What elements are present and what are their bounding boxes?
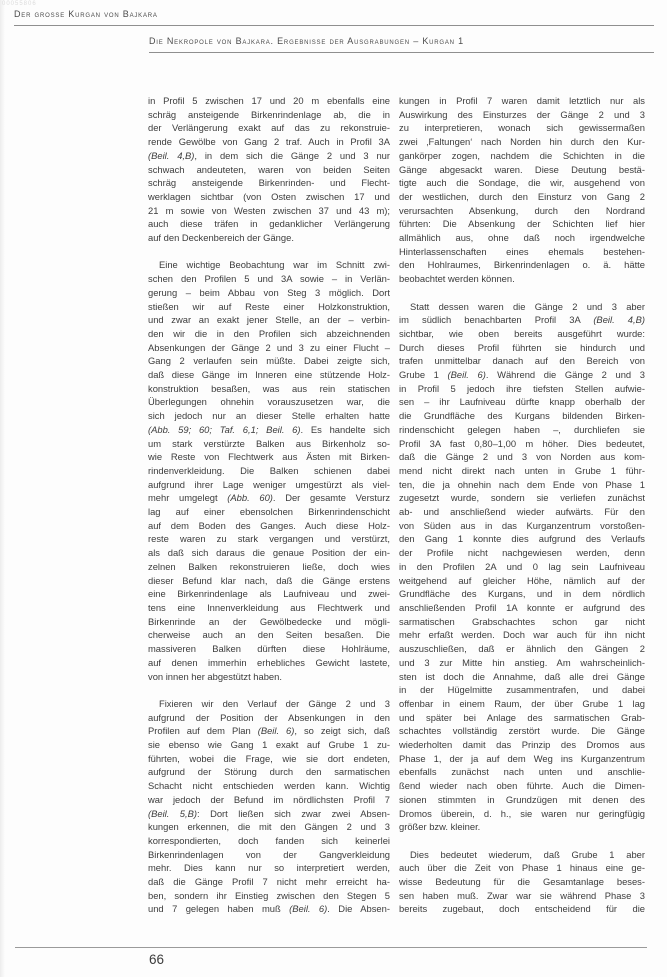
- footer-rule: [15, 947, 647, 948]
- text-line: in Profil 5 zwischen 17 und 20 m ebenfal…: [148, 94, 390, 108]
- text-line: und später bei Anlage des sarmatischen G…: [399, 711, 645, 725]
- column-left: in Profil 5 zwischen 17 und 20 m ebenfal…: [148, 94, 390, 916]
- text-line: trafen unmittelbar danach auf den Bereic…: [399, 354, 645, 368]
- text-line: Profilen auf dem Plan (Beil. 6), so zeig…: [148, 724, 390, 738]
- paragraph: Eine wichtige Beobachtung war im Schnitt…: [148, 258, 390, 683]
- text-line: ab- und anschließend wieder aufwärts. Fü…: [399, 505, 645, 519]
- text-line: sich jedoch nur an dieser Stelle erhalte…: [148, 409, 390, 423]
- page: 00055806 Der grosse Kurgan von Bajkara D…: [0, 0, 667, 977]
- text-line: massiveren Balken dürften diese Hohlräum…: [148, 642, 390, 656]
- text-line: auf denen immerhin erhebliches Gewicht l…: [148, 656, 390, 670]
- text-line: allmählich aus, ohne daß noch irgendwelc…: [399, 231, 645, 245]
- text-line: schwach andeuteten, waren von beiden Sei…: [148, 163, 390, 177]
- text-line: war jedoch der Befund im nördlichsten Pr…: [148, 793, 390, 807]
- text-line: den wir die in den Profilen sich abzeich…: [148, 327, 390, 341]
- text-line: mehr umgelegt (Abb. 60). Der gesamte Ver…: [148, 491, 390, 505]
- text-line: konstruktion besaßen, was aus rein stati…: [148, 382, 390, 396]
- text-line: zu interpretieren, wonach sich gewisserm…: [399, 121, 645, 135]
- text-line: gankörper zogen, nachdem die Schichten i…: [399, 149, 645, 163]
- text-line: sen haben muß. Zwar war sie während Phas…: [399, 889, 645, 903]
- scan-corner-number: 00055806: [2, 1, 37, 7]
- text-line: (Beil. 4,B), in dem sich die Gänge 2 und…: [148, 149, 390, 163]
- running-head-chapter-title: Die Nekropole von Bajkara. Ergebnisse de…: [149, 36, 464, 46]
- text-columns: in Profil 5 zwischen 17 und 20 m ebenfal…: [148, 94, 645, 916]
- text-line: daß die Gänge 2 und 3 von Norden aus kom…: [399, 450, 645, 464]
- paragraph: kungen in Profil 7 waren damit letztlich…: [399, 94, 645, 286]
- text-line: bereits zugebaut, doch entscheidend für …: [399, 902, 645, 916]
- text-line: führten, wobei die Frage, wie sie dort e…: [148, 752, 390, 766]
- text-line: ßend wieder nach oben führte. Auch die D…: [399, 779, 645, 793]
- text-line: um stark verstürzte Balken aus Birkenhol…: [148, 437, 390, 451]
- text-line: tigte auch die Sondage, die wir, ausgehe…: [399, 176, 645, 190]
- text-line: werklagen sichtbar (von Osten zwischen 1…: [148, 190, 390, 204]
- text-line: als daß sich daraus die genaue Position …: [148, 546, 390, 560]
- text-line: ten, die ja ohnehin nach dem Ende von Ph…: [399, 478, 645, 492]
- text-line: auf dem Boden des Ganges. Auch diese Hol…: [148, 519, 390, 533]
- text-line: Fixieren wir den Verlauf der Gänge 2 und…: [148, 697, 390, 711]
- text-line: weitgehend auf gleicher Höhe, nämlich au…: [399, 574, 645, 588]
- text-line: sie ebenso wie Gang 1 exakt auf Grube 1 …: [148, 738, 390, 752]
- text-line: rindenverkleidung. Die Balken schienen d…: [148, 464, 390, 478]
- text-line: Gang 2 verlaufen sein müßte. Dabei zeigt…: [148, 354, 390, 368]
- text-line: stießen wir auf Reste einer Holzkonstruk…: [148, 300, 390, 314]
- text-line: offenbar in einem Raum, der über Grube 1…: [399, 697, 645, 711]
- text-line: in Profil 5 jedoch ihre tiefsten Stellen…: [399, 382, 645, 396]
- text-line: Hinterlassenschaften eines ehemals beste…: [399, 245, 645, 259]
- text-line: auch über die Zeit von Phase 1 hinaus ei…: [399, 861, 645, 875]
- text-line: eine Birkenrindenlage als Laufniveau und…: [148, 587, 390, 601]
- text-line: mend nicht direkt nach unten in Grube 1 …: [399, 464, 645, 478]
- text-line: schen den Profilen 5 und 3A sowie – in V…: [148, 272, 390, 286]
- text-line: Gänge abgesackt waren. Diese Deutung bes…: [399, 163, 645, 177]
- paragraph: Dies bedeutet wiederum, daß Grube 1 aber…: [399, 848, 645, 917]
- text-line: den Hohlraumes, Birkenrindenlagen o. ä. …: [399, 258, 645, 272]
- text-line: (Beil. 5,B): Dort ließen sich zwar zwei …: [148, 807, 390, 821]
- text-line: schräg ansteigende Birkenrindenlage ab, …: [148, 108, 390, 122]
- text-line: sionen stimmten in Grundzügen mit denen …: [399, 793, 645, 807]
- text-line: Dromos überein, d. h., sie waren nur ger…: [399, 807, 645, 821]
- text-line: führten: Die Absenkung der Schichten lie…: [399, 217, 645, 231]
- text-line: tens eine Innenverkleidung aus Flechtwer…: [148, 601, 390, 615]
- text-line: daß die Gänge Profil 7 nicht mehr erreic…: [148, 875, 390, 889]
- text-line: Eine wichtige Beobachtung war im Schnitt…: [148, 258, 390, 272]
- text-line: mehr erfaßt werden. Doch war auch für ih…: [399, 628, 645, 642]
- text-line: ebenfalls zunächst nach unten und anschl…: [399, 765, 645, 779]
- text-line: verursachten Absenkung, durch den Nordra…: [399, 204, 645, 218]
- text-line: korrespondierten, doch fanden sich keine…: [148, 834, 390, 848]
- text-line: ben, sondern ihr Einstieg zwischen den S…: [148, 889, 390, 903]
- text-line: in den Profilen 2A und 0 lag sein Laufni…: [399, 560, 645, 574]
- text-line: reste waren zu stark vergangen und verst…: [148, 532, 390, 546]
- text-line: wie Reste von Flechtwerk aus Ästen mit B…: [148, 450, 390, 464]
- text-line: die Grundfläche des Kurgans bildenden Bi…: [399, 409, 645, 423]
- text-line: Grube 1 (Beil. 6). Während die Gänge 2 u…: [399, 368, 645, 382]
- text-line: sten ist doch die Annahme, daß alle drei…: [399, 670, 645, 684]
- running-head-book-title: Der grosse Kurgan von Bajkara: [14, 9, 158, 19]
- page-number: 66: [149, 952, 164, 967]
- text-line: im südlich benachbarten Profil 3A (Beil.…: [399, 313, 645, 327]
- text-line: Grundfläche des Kurgans, und in dem nörd…: [399, 587, 645, 601]
- paragraph: Fixieren wir den Verlauf der Gänge 2 und…: [148, 697, 390, 916]
- text-line: sarmatischen Grabschachtes schon gar nic…: [399, 615, 645, 629]
- text-line: auf den Deckenbereich der Gänge.: [148, 231, 390, 245]
- text-line: und 3 zur Mitte hin anstieg. Am wahrsche…: [399, 656, 645, 670]
- text-line: (Abb. 59; 60; Taf. 6,1; Beil. 6). Es han…: [148, 423, 390, 437]
- text-line: rende Gewölbe von Gang 2 traf. Auch in P…: [148, 135, 390, 149]
- text-line: von Süden aus in das Kurganzentrum vorst…: [399, 519, 645, 533]
- text-line: der westlichen, durch den Einsturz von G…: [399, 190, 645, 204]
- text-line: daß diese Gänge im Inneren eine stützend…: [148, 368, 390, 382]
- text-line: größer bzw. kleiner.: [399, 820, 645, 834]
- text-line: zwei ‚Faltungen‘ nach Norden hin durch d…: [399, 135, 645, 149]
- text-line: zelnen Balken rekonstruieren ließe, doch…: [148, 560, 390, 574]
- text-line: Dies bedeutet wiederum, daß Grube 1 aber: [399, 848, 645, 862]
- text-line: in der Hügelmitte zusammentrafen, und da…: [399, 683, 645, 697]
- text-line: cherweise auch an den Seiten besaßen. Di…: [148, 628, 390, 642]
- text-line: und 7 gelegen haben muß (Beil. 6). Die A…: [148, 902, 390, 916]
- text-line: aufgrund der Störung durch den sarmatisc…: [148, 765, 390, 779]
- text-line: sichtbar, wie oben bereits ausgeführt wu…: [399, 327, 645, 341]
- text-line: wisse Bedeutung für die Gesamtanlage bes…: [399, 875, 645, 889]
- text-line: kungen erkennen, die mit den Gängen 2 un…: [148, 820, 390, 834]
- text-line: Birkenrinde an der Gewölbedecke und mögl…: [148, 615, 390, 629]
- text-line: dieser Befund klar nach, daß die Gänge e…: [148, 574, 390, 588]
- text-line: der Profile nicht nachgewiesen werden, d…: [399, 546, 645, 560]
- paragraph: Statt dessen waren die Gänge 2 und 3 abe…: [399, 300, 645, 834]
- paragraph: in Profil 5 zwischen 17 und 20 m ebenfal…: [148, 94, 390, 245]
- text-line: aufgrund ihrer Lage weniger umgestürzt a…: [148, 478, 390, 492]
- text-line: kungen in Profil 7 waren damit letztlich…: [399, 94, 645, 108]
- text-line: auch diese träfen in gedanklicher Verlän…: [148, 217, 390, 231]
- text-line: rindenschicht gelegen haben –, durchlief…: [399, 423, 645, 437]
- text-line: Profil 3A fast 0,80–1,00 m höher. Dies b…: [399, 437, 645, 451]
- text-line: beobachtet werden können.: [399, 272, 645, 286]
- text-line: von innen her abgestützt haben.: [148, 670, 390, 684]
- text-line: auszuschließen, daß er ähnlich den Gänge…: [399, 642, 645, 656]
- text-line: mehr. Dies kann nur so interpretiert wer…: [148, 861, 390, 875]
- column-right: kungen in Profil 7 waren damit letztlich…: [399, 94, 645, 916]
- text-line: schräg ansteigende Birkenrinden- und Fle…: [148, 176, 390, 190]
- text-line: Statt dessen waren die Gänge 2 und 3 abe…: [399, 300, 645, 314]
- text-line: aufgrund der Position der Absenkungen in…: [148, 711, 390, 725]
- text-line: der Verlängerung exakt auf das zu rekons…: [148, 121, 390, 135]
- text-line: Absenkungen der Gänge 2 und 3 zu einer F…: [148, 341, 390, 355]
- text-line: wiederholten damit das Prinzip des Dromo…: [399, 738, 645, 752]
- text-line: Phase 1, der ja auf dem Weg ins Kurganze…: [399, 752, 645, 766]
- text-line: Auswirkung des Einsturzes der Gänge 2 un…: [399, 108, 645, 122]
- book-title-rule: [14, 25, 654, 26]
- text-line: 21 m sowie von Westen zwischen 37 und 43…: [148, 204, 390, 218]
- text-line: schachtes vollständig zerstört wurde. Di…: [399, 724, 645, 738]
- text-line: Überlegungen ohnehin vorauszusetzen war,…: [148, 395, 390, 409]
- text-line: Birkenrindenlagen von der Gangverkleidun…: [148, 848, 390, 862]
- text-line: zugesetzt wurde, sondern sie verliefen z…: [399, 491, 645, 505]
- text-line: Durch dieses Profil führten sie hindurch…: [399, 341, 645, 355]
- chapter-title-rule: [149, 52, 654, 53]
- text-line: lag auf einer ebensolchen Birkenrindensc…: [148, 505, 390, 519]
- text-line: und zwar an exakt jener Stelle, an der –…: [148, 313, 390, 327]
- text-line: anschließenden Profil 1A konnte er aufgr…: [399, 601, 645, 615]
- text-line: sen – ihr Laufniveau dürfte knapp oberha…: [399, 395, 645, 409]
- text-line: den Gang 1 konnte dies aufgrund des Verl…: [399, 532, 645, 546]
- text-line: gerung – beim Abbau von Steg 3 möglich. …: [148, 286, 390, 300]
- text-line: Schacht nicht entschieden werden kann. W…: [148, 779, 390, 793]
